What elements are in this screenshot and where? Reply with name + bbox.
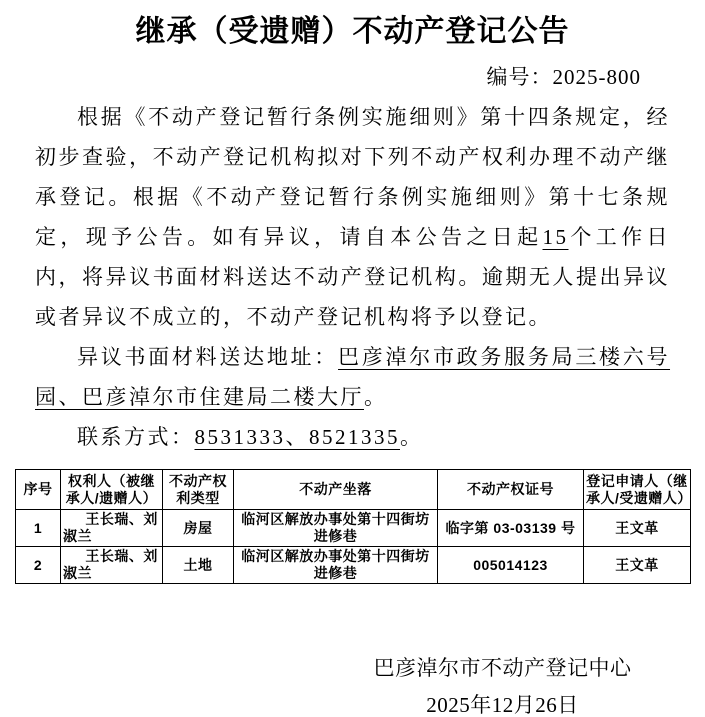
- cell-applicant: 王文革: [584, 510, 691, 547]
- address-paragraph: 异议书面材料送达地址：巴彦淖尔市政务服务局三楼六号园、巴彦淖尔市住建局二楼大厅。: [35, 337, 670, 417]
- objection-days-value: 15: [543, 225, 569, 249]
- address-period: 。: [364, 385, 388, 409]
- cell-rights-holder: 王长瑞、刘淑兰: [61, 510, 163, 547]
- cell-right-type: 土地: [163, 547, 234, 584]
- cell-seq: 2: [16, 547, 61, 584]
- notice-body: 根据《不动产登记暂行条例实施细则》第十四条规定，经初步查验，不动产登记机构拟对下…: [35, 97, 670, 457]
- registration-table: 序号 权利人（被继承人/遗赠人） 不动产权利类型 不动产坐落 不动产权证号 登记…: [15, 469, 691, 584]
- doc-number-value: 2025-800: [553, 65, 642, 89]
- issuer-name: 巴彦淖尔市不动产登记中心: [300, 654, 705, 682]
- document-footer: 巴彦淖尔市不动产登记中心 2025年12月26日: [300, 654, 705, 717]
- cell-seq: 1: [16, 510, 61, 547]
- cell-applicant: 王文革: [584, 547, 691, 584]
- page-title: 继承（受遗赠）不动产登记公告: [0, 0, 705, 50]
- contact-period: 。: [400, 425, 424, 449]
- cell-cert-number: 005014123: [438, 547, 584, 584]
- doc-number-label: 编号：: [487, 65, 553, 89]
- cell-right-type: 房屋: [163, 510, 234, 547]
- notice-paragraph: 根据《不动产登记暂行条例实施细则》第十四条规定，经初步查验，不动产登记机构拟对下…: [35, 97, 670, 337]
- table-row: 1 王长瑞、刘淑兰 房屋 临河区解放办事处第十四街坊进修巷 临字第 03-031…: [16, 510, 691, 547]
- cell-location: 临河区解放办事处第十四街坊进修巷: [234, 510, 438, 547]
- address-label: 异议书面材料送达地址：: [77, 345, 338, 369]
- contact-phones: 8531333、8521335: [195, 425, 401, 449]
- col-header-rights-holder: 权利人（被继承人/遗赠人）: [61, 470, 163, 510]
- col-header-cert-number: 不动产权证号: [438, 470, 584, 510]
- col-header-seq: 序号: [16, 470, 61, 510]
- issue-date: 2025年12月26日: [300, 691, 705, 717]
- doc-number: 编号：2025-800: [0, 63, 705, 91]
- cell-cert-number: 临字第 03-03139 号: [438, 510, 584, 547]
- col-header-applicant: 登记申请人（继承人/受遗赠人）: [584, 470, 691, 510]
- notice-document: 继承（受遗赠）不动产登记公告 编号：2025-800 根据《不动产登记暂行条例实…: [0, 0, 705, 717]
- cell-location: 临河区解放办事处第十四街坊进修巷: [234, 547, 438, 584]
- table-row: 2 王长瑞、刘淑兰 土地 临河区解放办事处第十四街坊进修巷 005014123 …: [16, 547, 691, 584]
- table-header-row: 序号 权利人（被继承人/遗赠人） 不动产权利类型 不动产坐落 不动产权证号 登记…: [16, 470, 691, 510]
- contact-paragraph: 联系方式：8531333、8521335。: [35, 417, 670, 457]
- contact-label: 联系方式：: [77, 425, 195, 449]
- col-header-location: 不动产坐落: [234, 470, 438, 510]
- cell-rights-holder: 王长瑞、刘淑兰: [61, 547, 163, 584]
- col-header-right-type: 不动产权利类型: [163, 470, 234, 510]
